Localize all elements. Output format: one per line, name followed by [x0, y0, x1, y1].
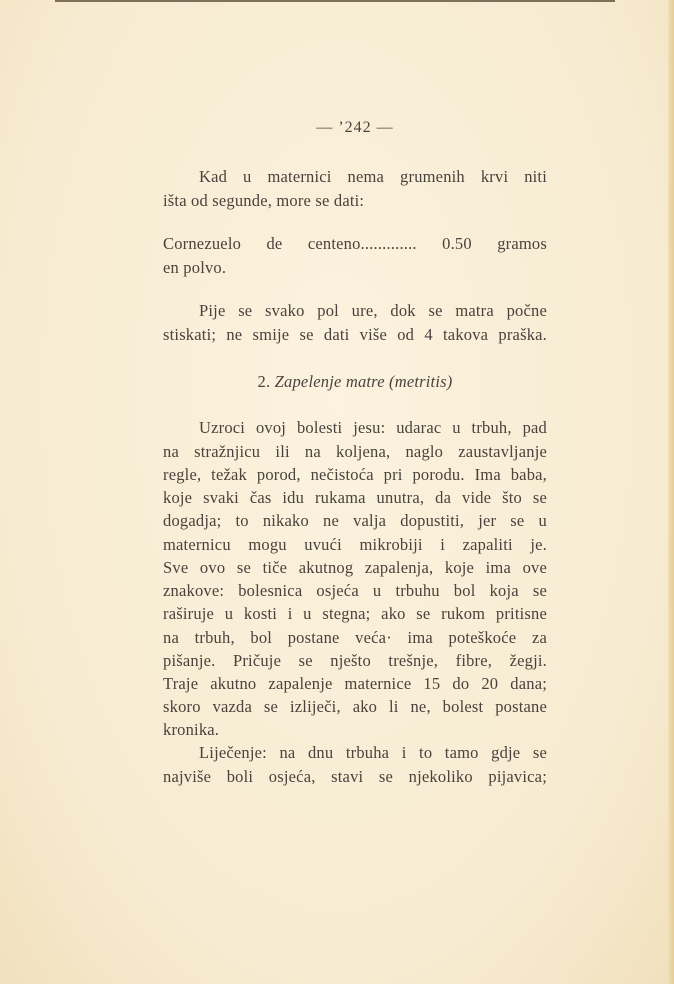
section-title: Zapelenje matre (metritis): [275, 372, 453, 391]
body-line: znakove: bolesnica osjeća u trbuhu bol k…: [163, 581, 547, 601]
page-right-edge: [668, 0, 674, 984]
body-line: Traje akutno zapalenje maternice 15 do 2…: [163, 674, 547, 694]
body-line: koje svaki čas idu rukama unutra, da vid…: [163, 488, 547, 508]
treatment-line: najviše boli osjeća, stavi se njekoliko …: [163, 767, 547, 787]
body-line: regle, težak porod, nečistoća pri porodu…: [163, 465, 547, 485]
treatment-line: Liječenje: na dnu trbuha i to tamo gdje …: [199, 743, 547, 763]
body-line: dogadja; to nikako ne valja dopustiti, j…: [163, 511, 547, 531]
body-line: raširuje u kosti i u stegna; ako se ruko…: [163, 604, 547, 624]
page-number: — ’242 —: [163, 118, 547, 138]
body-line: na stražnjicu ili na koljena, naglo zaus…: [163, 442, 547, 462]
paragraph-3-line-1: Pije se svako pol ure, dok se matra počn…: [199, 301, 547, 321]
body-line: maternicu mogu uvući mikrobiji i zapalit…: [163, 535, 547, 555]
body-line: pišanje. Pričuje se nješto trešnje, fibr…: [163, 651, 547, 671]
section-heading: 2. Zapelenje matre (metritis): [163, 372, 547, 392]
body-line: Sve ovo se tiče akutnog zapalenja, koje …: [163, 558, 547, 578]
prescription-line: Cornezuelo de centeno............. 0.50 …: [163, 234, 547, 254]
paragraph-3-line-2: stiskati; ne smije se dati više od 4 tak…: [163, 325, 547, 345]
body-line: kronika.: [163, 720, 547, 740]
body-line: Uzroci ovoj bolesti jesu: udarac u trbuh…: [199, 418, 547, 438]
paragraph-1-line-2: išta od segunde, more se dati:: [163, 191, 547, 211]
paragraph-1-line-1: Kad u maternici nema grumenih krvi niti: [199, 167, 547, 187]
scanned-book-page: — ’242 — Kad u maternici nema grumenih k…: [0, 0, 674, 984]
prescription-line-2: en polvo.: [163, 258, 547, 278]
body-line: skoro vazda se izliječi, ako li ne, bole…: [163, 697, 547, 717]
section-number: 2.: [258, 372, 271, 391]
page-top-edge: [55, 0, 615, 2]
body-line: na trbuh, bol postane veća· ima poteškoć…: [163, 628, 547, 648]
